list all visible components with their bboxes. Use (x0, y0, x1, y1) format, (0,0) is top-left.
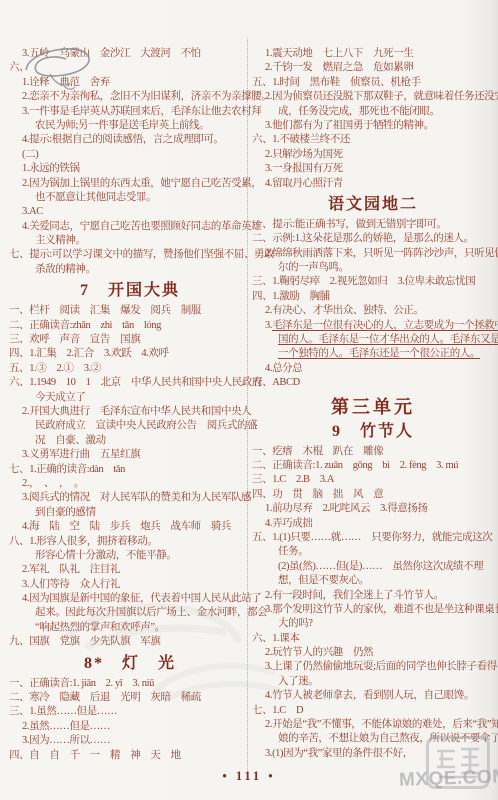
section-heading: 8* 灯 光 (9, 654, 251, 674)
answer-line: 4.关爱同志，宁愿自己吃苦也要照顾好同志的革命英雄 (9, 220, 251, 234)
answer-line: 五、1.(1)只要……就…… 只要你努力，就能完成这次 (252, 531, 494, 545)
answer-line: 二、寒冷 隐藏 后退 光明 灰暗 稀疏 (9, 691, 251, 705)
answer-line: 国的人。毛泽东是一位才华出众的人。毛泽东又是 (252, 333, 494, 347)
section-heading: 语文园地二 (252, 195, 494, 215)
answer-line: 一、栏杆 阅读 汇集 爆发 阅兵 制服 (9, 304, 251, 318)
answer-line: 四、功 贯 脑 拙 风 意 (252, 488, 494, 502)
section-heading: 7 开国大典 (9, 281, 251, 301)
answer-line: 二、示例:1.这朵花是那么的娇艳，是那么的迷人。 (252, 232, 494, 246)
answer-line: 主义精神。 (9, 234, 251, 248)
answer-line: 三、欢呼 声音 宣告 国旗 (9, 333, 251, 347)
answer-line: 想，但是不要灰心。 (252, 574, 494, 588)
answer-line: 3.因为……所以…… (9, 734, 251, 748)
answer-line: 一个独特的人。毛泽东还是一个很公正的人。 (252, 347, 494, 361)
answer-line: 4.海 陆 空 陆 步兵 炮兵 战车师 骑兵 (9, 520, 251, 534)
answer-line: 4.留取丹心照汗青 (252, 177, 494, 191)
answer-line: 4.竹节人被老师拿去，看到别人玩，自己眼馋。 (252, 689, 494, 703)
answer-line: 4.弄巧成拙 (252, 517, 494, 531)
answer-line: 况 自豪、激动 (9, 434, 251, 448)
page-number: • 111 • (0, 769, 498, 784)
answer-line: 2.因为侦察员还没脱下那双鞋子，就意味着任务还没完 (252, 90, 494, 104)
handwritten-scribble-mark (12, 40, 104, 94)
answer-line: (2)虽(然)……但(是)…… 虽然你这次成绩不理 (252, 560, 494, 574)
answer-line: (二) (9, 148, 251, 162)
answer-line: 到自豪的感情 (9, 506, 251, 520)
answer-line: 二、正确读音:zhǎn zhì tǎn lóng (9, 319, 251, 333)
answer-line: 九、国旗 党旗 少先队旗 军旗 (9, 635, 251, 649)
left-column: 3.五岭 乌蒙山 金沙江 大渡河 不怕六、1.诠释 典范 舍弃2.恋亲不为亲徇私… (9, 47, 251, 763)
answer-line: 农民为师;另一件事是送毛岸英上前线。 (9, 119, 251, 133)
workbook-answer-page: 3.五岭 乌蒙山 金沙江 大渡河 不怕六、1.诠释 典范 舍弃2.恋亲不为亲徇私… (0, 0, 498, 800)
answer-line: 2.虽然……但是…… (9, 720, 251, 734)
answer-line: 四、自 自 千 一 精 神 天 地 (9, 749, 251, 763)
answer-line: 三、1.虽然……但是…… (9, 705, 251, 719)
answer-line: 1.震天动地 七上八下 九死一生 (252, 47, 494, 61)
answer-line: 1.前功尽弃 2.叱咤风云 3.得意扬扬 (252, 502, 494, 516)
answer-line: 七、1.C D (252, 704, 494, 718)
unit-heading: 第三单元 (252, 396, 494, 418)
answer-line: 五、1.时间 黑布鞋 侦察员、机枪手 (252, 76, 494, 90)
answer-line: 入了迷。 (252, 675, 494, 689)
answer-line: 成，任务没完成，那死也不能闭眼。 (252, 105, 494, 119)
answer-line: 2.开国大典进行 毛泽东宣布中华人民共和国中央人 (9, 405, 251, 419)
answer-line: 3.那个发明这竹节人的家伙，难道不也是坐这种课桌长 (252, 603, 494, 617)
answer-line: 民政府成立 宣读中央人民政府公告 阅兵式的盛 (9, 419, 251, 433)
answer-line: 四、1.汇集 2.汇合 3.欢跃 4.欢呼 (9, 347, 251, 361)
answer-line: 形容心情十分激动，不能平静。 (9, 549, 251, 563)
answer-line: 二、正确读音:1. zuān gōng bì 2. fèng 3. mú (252, 459, 494, 473)
answer-text: 毛泽东是一位很有决心的人，立志要成为一个拯救中 (272, 320, 498, 331)
answer-line: 2.， 、 ， 。 (9, 477, 251, 491)
answer-line: 4.总分总 (252, 362, 494, 376)
right-column: 1.震天动地 七上八下 九死一生2.千钧一发 燃眉之急 危如累卵五、1.时间 黑… (252, 47, 494, 761)
section-heading: 9 竹节人 (252, 422, 494, 442)
answer-line: 3.义勇军进行曲 五星红旗 (9, 448, 251, 462)
answer-line: 六、1.课本 (252, 632, 494, 646)
answer-line: 杀敌的精神。 (9, 263, 251, 277)
answer-line: 五、1.③ 2.① 3.② (9, 362, 251, 376)
answer-line: 今天成立了 (9, 391, 251, 405)
answer-line: 3.人们等待 众人行礼 (9, 578, 251, 592)
answer-line: 2.军礼 队礼 注目礼 (9, 563, 251, 577)
answer-line: 4.提示:根据自己的阅读感悟，言之成理即可。 (9, 133, 251, 147)
answer-line: 3.阅兵式的情况 对人民军队的赞美和为人民军队感 (9, 491, 251, 505)
answer-line: 3.AC (9, 205, 251, 219)
answer-line: 三、1.C 2.B 3.A (252, 473, 494, 487)
answer-line: 2.千钧一发 燃眉之急 危如累卵 (252, 61, 494, 75)
answer-line: 2.玩竹节人的兴趣 仍然 (252, 646, 494, 660)
answer-line: 尔的一声鸟鸣。 (252, 261, 494, 275)
answer-line: 2.有一段时间，我们全迷上了斗竹节人。 (252, 589, 494, 603)
answer-line: 四、1.激励 胸脯 (252, 290, 494, 304)
answer-line: 2.只解沙场为国死 (252, 148, 494, 162)
answer-line: 2.有决心、才华出众、独特、公正。 (252, 304, 494, 318)
answer-line: 3.上课了仍然偷偷地玩耍;后面的同学也伸长脖子看得 (252, 660, 494, 674)
answer-line: “响起热烈的掌声和欢呼声”。 (9, 621, 251, 635)
answer-line: 任务。 (252, 545, 494, 559)
answer-line: 一、正确读音:1. jiān 2. yǐ 3. niǔ (9, 677, 251, 691)
answer-line: 2.开始是“我”不懂事，不能体谅娘的难处，后来“我”知道了 (252, 718, 494, 732)
answer-line: 五、ABCD (252, 376, 494, 390)
answer-line: 大的吗? (252, 617, 494, 631)
answer-line: 七、1.正确的读音:dàn tǎn (9, 463, 251, 477)
answer-line: 一、疙瘩 木棍 趴在 雕像 (252, 445, 494, 459)
answer-line: 一、提示:能正确书写，做到无错别字即可。 (252, 218, 494, 232)
answer-line: 1.永远的铁锅 (9, 162, 251, 176)
answer-line: 起来。因此每次升国旗以后广场上、金水河畔，都会 (9, 606, 251, 620)
answer-line: 六、1.1949 10 1 北京 中华人民共和国中央人民政府 (9, 376, 251, 390)
answer-line: 3.毛泽东是一位很有决心的人，立志要成为一个拯救中 (252, 319, 494, 333)
answer-line: 2.绵绵秋雨洒落下来，只听见一阵阵沙沙声，只听见偶 (252, 247, 494, 261)
answer-line: 4.因为国旗是新中国的象征，代表着中国人民从此站了 (9, 592, 251, 606)
answer-line: 三、1.鞠躬尽瘁 2.视死忽如归 3.位卑未敢忘忧国 (252, 275, 494, 289)
answer-line: 也不愿意让其他同志受罪。 (9, 191, 251, 205)
answer-line: 3.一件事是毛岸英从苏联回来后，毛泽东让他去农村拜 (9, 105, 251, 119)
answer-line: 八、1.形容人很多，拥挤着移动。 (9, 535, 251, 549)
answer-line: 2.因为锅加上锅里的东西太重，她宁愿自己吃苦受累， (9, 177, 251, 191)
answer-line: 七、提示:可以学习课文中的描写，赞扬他们坚强不屈、勇敢 (9, 248, 251, 262)
answer-line: 六、1.不破楼兰终不还 (252, 133, 494, 147)
answer-line: 3.一身报国有万死 (252, 162, 494, 176)
answer-line: 3.他们都有为了祖国勇于牺牲的精神。 (252, 119, 494, 133)
